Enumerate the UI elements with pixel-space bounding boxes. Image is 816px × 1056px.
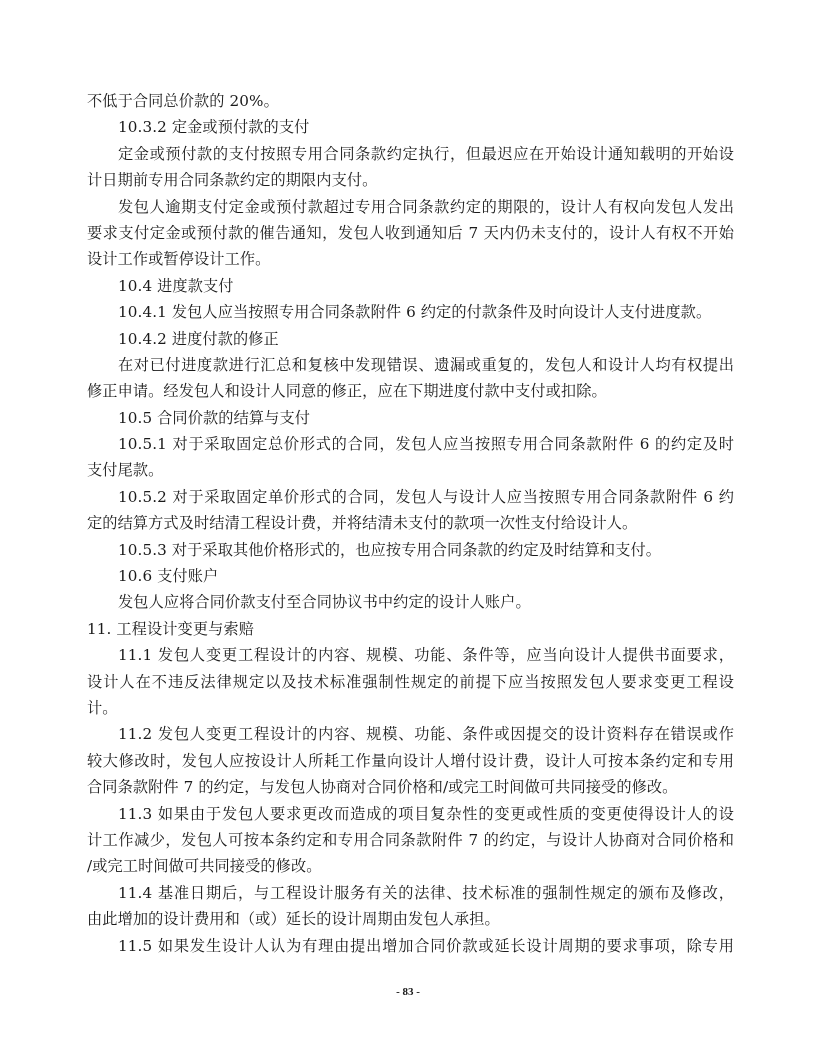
text-line: 设计人在不违反法律规定以及技术标准强制性规定的前提下应当按照发包人要求变更工程设 — [87, 669, 734, 695]
text-line: 定的结算方式及时结清工程设计费，并将结清未支付的款项一次性支付给设计人。 — [87, 510, 734, 536]
text-line: 设计工作或暂停设计工作。 — [87, 246, 734, 272]
text-line: 计。 — [87, 695, 734, 721]
text-line: 10.3.2 定金或预付款的支付 — [87, 114, 734, 140]
text-line: 合同条款附件 7 的约定，与发包人协商对合同价格和/或完工时间做可共同接受的修改… — [87, 774, 734, 800]
text-line: /或完工时间做可共同接受的修改。 — [87, 853, 734, 879]
page-number: - 83 - — [0, 986, 816, 998]
text-line: 修正申请。经发包人和设计人同意的修正，应在下期进度付款中支付或扣除。 — [87, 378, 734, 404]
document-body: 不低于合同总价款的 20%。 10.3.2 定金或预付款的支付 定金或预付款的支… — [87, 88, 734, 959]
text-line: 由此增加的设计费用和（或）延长的设计周期由发包人承担。 — [87, 906, 734, 932]
text-line: 计日期前专用合同条款约定的期限内支付。 — [87, 167, 734, 193]
section-heading: 10.6 支付账户 — [87, 563, 734, 589]
text-line: 10.4.1 发包人应当按照专用合同条款附件 6 约定的付款条件及时向设计人支付… — [87, 299, 734, 325]
text-line: 10.5.1 对于采取固定总价形式的合同，发包人应当按照专用合同条款附件 6 的… — [87, 431, 734, 457]
text-line: 11.5 如果发生设计人认为有理由提出增加合同价款或延长设计周期的要求事项，除专… — [87, 933, 734, 959]
text-line: 计工作减少，发包人可按本条约定和专用合同条款附件 7 的约定，与设计人协商对合同… — [87, 827, 734, 853]
text-line: 10.5.2 对于采取固定单价形式的合同，发包人与设计人应当按照专用合同条款附件… — [87, 484, 734, 510]
text-line: 较大修改时，发包人应按设计人所耗工作量向设计人增付设计费，设计人可按本条约定和专… — [87, 748, 734, 774]
text-line: 定金或预付款的支付按照专用合同条款约定执行，但最迟应在开始设计通知载明的开始设 — [87, 141, 734, 167]
text-line: 11.1 发包人变更工程设计的内容、规模、功能、条件等，应当向设计人提供书面要求… — [87, 642, 734, 668]
subsection-heading: 10.4.2 进度付款的修正 — [87, 326, 734, 352]
section-heading: 10.5 合同价款的结算与支付 — [87, 405, 734, 431]
text-line: 要求支付定金或预付款的催告通知，发包人收到通知后 7 天内仍未支付的，设计人有权… — [87, 220, 734, 246]
text-line: 11.3 如果由于发包人要求更改而造成的项目复杂性的变更或性质的变更使得设计人的… — [87, 801, 734, 827]
text-line: 支付尾款。 — [87, 457, 734, 483]
text-line: 10.5.3 对于采取其他价格形式的，也应按专用合同条款的约定及时结算和支付。 — [87, 537, 734, 563]
text-line: 发包人应将合同价款支付至合同协议书中约定的设计人账户。 — [87, 589, 734, 615]
text-line: 在对已付进度款进行汇总和复核中发现错误、遗漏或重复的，发包人和设计人均有权提出 — [87, 352, 734, 378]
text-line: 11.2 发包人变更工程设计的内容、规模、功能、条件或因提交的设计资料存在错误或… — [87, 721, 734, 747]
text-line: 发包人逾期支付定金或预付款超过专用合同条款约定的期限的，设计人有权向发包人发出 — [87, 194, 734, 220]
document-page: 不低于合同总价款的 20%。 10.3.2 定金或预付款的支付 定金或预付款的支… — [0, 0, 816, 1056]
text-line: 不低于合同总价款的 20%。 — [87, 88, 734, 114]
chapter-heading: 11. 工程设计变更与索赔 — [87, 616, 734, 642]
section-heading: 10.4 进度款支付 — [87, 273, 734, 299]
text-line: 11.4 基准日期后，与工程设计服务有关的法律、技术标准的强制性规定的颁布及修改… — [87, 880, 734, 906]
